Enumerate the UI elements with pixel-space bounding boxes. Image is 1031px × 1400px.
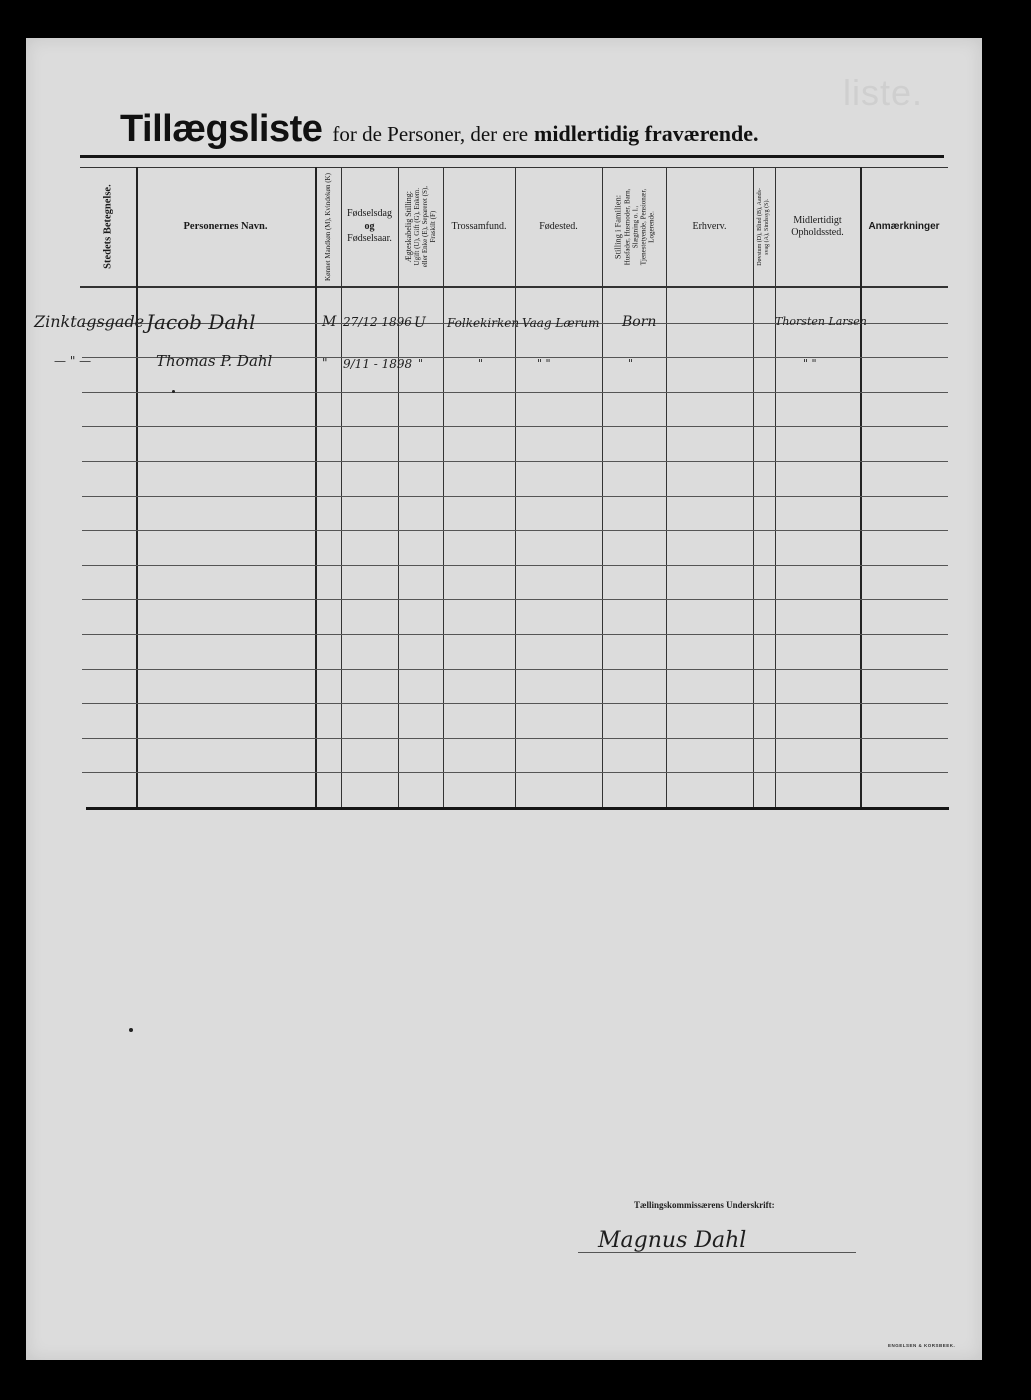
title-main: Tillægsliste [120, 108, 322, 150]
row-2-sex: " [322, 356, 328, 370]
row-2-birth: 9/11 - 1898 [343, 357, 412, 371]
row-2-religion: " [478, 357, 483, 370]
header-birth: Fødselsdag og Fødselsaar. [341, 168, 398, 286]
row-1-birthplace: Vaag Lærum [522, 316, 599, 330]
ink-dot [172, 390, 175, 393]
title-sub-2: midlertidig fraværende. [534, 121, 758, 146]
header-sex: Kønnet Mandkøn (M), Kvindekøn (K) [315, 168, 341, 286]
header-name: Personernes Navn. [136, 168, 315, 286]
row-line [82, 496, 948, 497]
row-2-temp-residence: " " [803, 357, 817, 370]
row-1-birth: 27/12 1896 [343, 315, 412, 329]
header-occupation: Erhverv. [666, 168, 753, 286]
row-line [82, 634, 948, 635]
ink-dot [129, 1028, 133, 1032]
header-religion: Trossamfund. [443, 168, 515, 286]
row-1-family-position: Born [622, 314, 656, 330]
row-2-birthplace: " " [537, 357, 551, 370]
row-2-family-position: " [628, 357, 633, 370]
row-line [82, 669, 948, 670]
title-sub-1: for de Personer, der ere [332, 122, 528, 146]
top-rule [80, 155, 944, 158]
signature-label: Tællingskommissærens Underskrift: [634, 1200, 775, 1210]
row-1-religion: Folkekirken [447, 316, 519, 330]
signature-line [578, 1252, 856, 1253]
row-line [82, 599, 948, 600]
header-temp-residence: Midlertidigt Opholdssted. [775, 168, 860, 286]
header-place: Stedets Betegnelse. [80, 168, 136, 286]
row-2-place: — " — [54, 354, 91, 368]
row-2-name: Thomas P. Dahl [156, 352, 272, 370]
header-bottom-line [80, 286, 948, 288]
header-disability: Døvstum (D), Blind (B), Aands- svag (A),… [753, 168, 775, 286]
row-line [82, 461, 948, 462]
row-1-marital: U [414, 315, 426, 331]
header-marital: Ægteskabelig Stilling: Ugift (U), Gift (… [398, 168, 443, 286]
page-title: Tillægslistefor de Personer, der eremidl… [120, 108, 920, 154]
row-line [82, 772, 948, 773]
printer-imprint: ENGELSEN & KORSBEEK. [888, 1343, 955, 1348]
header-birthplace: Fødested. [515, 168, 602, 286]
row-1-name: Jacob Dahl [146, 310, 256, 334]
row-1-sex: M [322, 314, 336, 330]
row-1-place: Zinktagsgade [34, 312, 144, 331]
row-line [82, 392, 948, 393]
row-line [82, 530, 948, 531]
row-1-temp-residence: Thorsten Larsen [775, 315, 867, 328]
signature-value: Magnus Dahl [598, 1228, 746, 1253]
bottom-rule [86, 807, 949, 810]
header-remarks: Anmærkninger [860, 168, 948, 286]
header-family-position: Stilling i Familien: Husfader, Husmoder,… [602, 168, 666, 286]
row-line [82, 703, 948, 704]
row-line [82, 738, 948, 739]
row-line [82, 565, 948, 566]
row-line [82, 426, 948, 427]
row-2-marital: " [418, 357, 423, 370]
